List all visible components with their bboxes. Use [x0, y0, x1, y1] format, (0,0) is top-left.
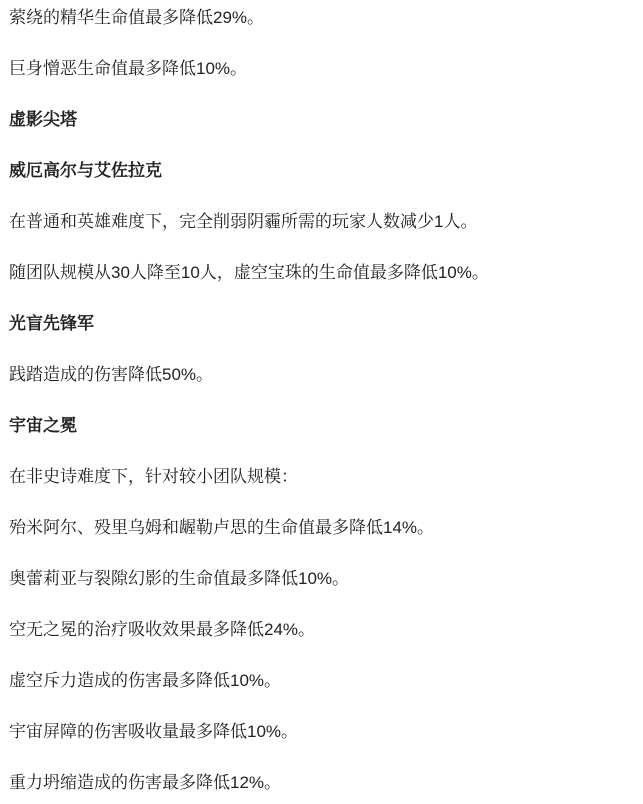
patch-note-line: 萦绕的精华生命值最多降低29%。	[9, 6, 633, 30]
patch-note-line: 重力坍缩造成的伤害最多降低12%。	[9, 771, 633, 795]
patch-note-line: 随团队规模从30人降至10人，虚空宝珠的生命值最多降低10%。	[9, 261, 633, 285]
patch-note-line: 奥蕾莉亚与裂隙幻影的生命值最多降低10%。	[9, 567, 633, 591]
patch-note-line: 在非史诗难度下，针对较小团队规模：	[9, 465, 633, 489]
section-heading-boss-3: 宇宙之冕	[9, 414, 633, 438]
section-heading-boss-1: 威厄高尔与艾佐拉克	[9, 159, 633, 183]
section-heading-boss-2: 光盲先锋军	[9, 312, 633, 336]
patch-note-line: 殆米阿尔、殁里乌姆和龌勒卢思的生命值最多降低14%。	[9, 516, 633, 540]
patch-notes-page: 萦绕的精华生命值最多降低29%。 巨身憎恶生命值最多降低10%。 虚影尖塔 威厄…	[0, 0, 643, 795]
patch-note-line: 在普通和英雄难度下，完全削弱阴霾所需的玩家人数减少1人。	[9, 210, 633, 234]
patch-note-line: 宇宙屏障的伤害吸收量最多降低10%。	[9, 720, 633, 744]
patch-note-line: 空无之冕的治疗吸收效果最多降低24%。	[9, 618, 633, 642]
section-heading-raid-wing: 虚影尖塔	[9, 108, 633, 132]
patch-note-line: 践踏造成的伤害降低50%。	[9, 363, 633, 387]
patch-note-line: 虚空斥力造成的伤害最多降低10%。	[9, 669, 633, 693]
patch-note-line: 巨身憎恶生命值最多降低10%。	[9, 57, 633, 81]
